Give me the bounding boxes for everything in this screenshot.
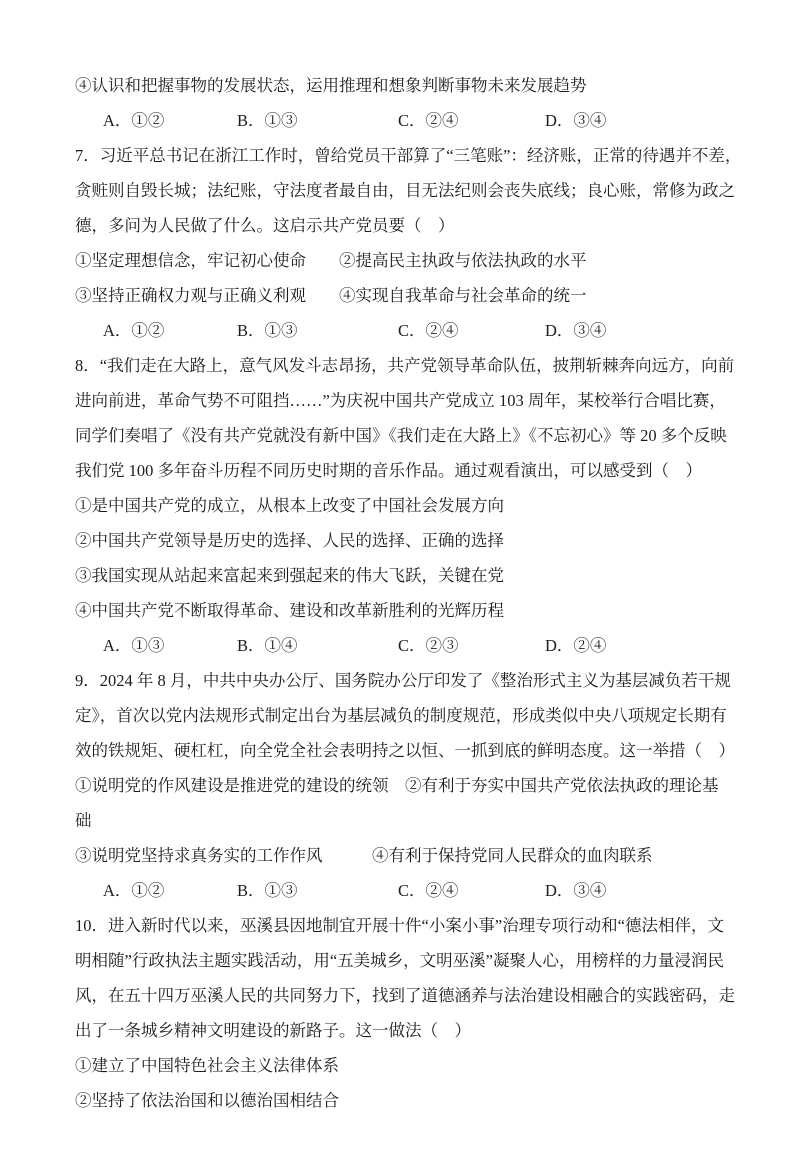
q9-items-line-2: 础 bbox=[75, 803, 742, 838]
q8-stem-line-3: 同学们奏唱了《没有共产党就没有新中国》《我们走在大路上》《不忘初心》等 20 多… bbox=[75, 418, 742, 453]
q6-answer-a: A．①② bbox=[103, 103, 164, 138]
q8-answer-d: D．②④ bbox=[545, 628, 606, 663]
q10-items-line-1: ①建立了中国特色社会主义法律体系 bbox=[75, 1048, 742, 1083]
q9-answer-a: A．①② bbox=[103, 873, 164, 908]
exam-paper-page: ④认识和把握事物的发展状态，运用推理和想象判断事物未来发展趋势 A．①② B．①… bbox=[0, 0, 800, 1172]
q6-answer-d: D．③④ bbox=[545, 103, 606, 138]
q6-answer-b: B．①③ bbox=[237, 103, 298, 138]
q8-answer-b: B．①④ bbox=[237, 628, 298, 663]
q9-items-line-3: ③说明党坚持求真务实的工作作风 ④有利于保持党同人民群众的血肉联系 bbox=[75, 838, 742, 873]
q7-items-line-2: ③坚持正确权力观与正确义利观 ④实现自我革命与社会革命的统一 bbox=[75, 278, 742, 313]
q8-items-line-4: ④中国共产党不断取得革命、建设和改革新胜利的光辉历程 bbox=[75, 593, 742, 628]
q6-answer-row: A．①② B．①③ C．②④ D．③④ bbox=[75, 103, 742, 138]
q7-answer-a: A．①② bbox=[103, 313, 164, 348]
q7-answer-c: C．②④ bbox=[398, 313, 459, 348]
q9-stem-line-1: 9．2024 年 8 月，中共中央办公厅、国务院办公厅印发了《整治形式主义为基层… bbox=[75, 663, 742, 698]
q10-stem-line-4: 出了一条城乡精神文明建设的新路子。这一做法（ ） bbox=[75, 1013, 742, 1048]
q8-stem-line-4: 我们党 100 多年奋斗历程不同历史时期的音乐作品。通过观看演出，可以感受到（ … bbox=[75, 453, 742, 488]
q9-items-line-1: ①说明党的作风建设是推进党的建设的统领 ②有利于夯实中国共产党依法执政的理论基 bbox=[75, 768, 742, 803]
q9-answer-row: A．①② B．①③ C．②④ D．③④ bbox=[75, 873, 742, 908]
q9-answer-c: C．②④ bbox=[398, 873, 459, 908]
q9-answer-d: D．③④ bbox=[545, 873, 606, 908]
q8-answer-row: A．①③ B．①④ C．②③ D．②④ bbox=[75, 628, 742, 663]
q7-stem-line-2: 贪赃则自毁长城；法纪账，守法度者最自由，目无法纪则会丧失底线；良心账，常修为政之 bbox=[75, 173, 742, 208]
q8-answer-a: A．①③ bbox=[103, 628, 164, 663]
q8-answer-c: C．②③ bbox=[398, 628, 459, 663]
q10-stem-line-3: 风，在五十四万巫溪人民的共同努力下，找到了道德涵养与法治建设相融合的实践密码，走 bbox=[75, 978, 742, 1013]
q8-stem-line-1: 8．“我们走在大路上，意气风发斗志昂扬，共产党领导革命队伍，披荆斩棘奔向远方，向… bbox=[75, 348, 742, 383]
q10-items-line-2: ②坚持了依法治国和以德治国相结合 bbox=[75, 1083, 742, 1118]
q9-stem-line-2: 定》，首次以党内法规形式制定出台为基层减负的制度规范，形成类似中央八项规定长期有 bbox=[75, 698, 742, 733]
q7-answer-d: D．③④ bbox=[545, 313, 606, 348]
q6-item-4: ④认识和把握事物的发展状态，运用推理和想象判断事物未来发展趋势 bbox=[75, 68, 742, 103]
q9-answer-b: B．①③ bbox=[237, 873, 298, 908]
q7-items-line-1: ①坚定理想信念，牢记初心使命 ②提高民主执政与依法执政的水平 bbox=[75, 243, 742, 278]
q7-stem-line-3: 德，多问为人民做了什么。这启示共产党员要（ ） bbox=[75, 208, 742, 243]
q8-items-line-1: ①是中国共产党的成立，从根本上改变了中国社会发展方向 bbox=[75, 488, 742, 523]
q10-stem-line-1: 10．进入新时代以来，巫溪县因地制宜开展十件“小案小事”治理专项行动和“德法相伴… bbox=[75, 908, 742, 943]
q8-items-line-2: ②中国共产党领导是历史的选择、人民的选择、正确的选择 bbox=[75, 523, 742, 558]
q8-items-line-3: ③我国实现从站起来富起来到强起来的伟大飞跃，关键在党 bbox=[75, 558, 742, 593]
q7-stem-line-1: 7．习近平总书记在浙江工作时，曾给党员干部算了“三笔账”：经济账，正常的待遇并不… bbox=[75, 138, 742, 173]
q7-answer-b: B．①③ bbox=[237, 313, 298, 348]
q8-stem-line-2: 进向前进，革命气势不可阻挡……”为庆祝中国共产党成立 103 周年，某校举行合唱… bbox=[75, 383, 742, 418]
q6-answer-c: C．②④ bbox=[398, 103, 459, 138]
q10-stem-line-2: 明相随”行政执法主题实践活动，用“五美城乡，文明巫溪”凝聚人心，用榜样的力量浸润… bbox=[75, 943, 742, 978]
q9-stem-line-3: 效的铁规矩、硬杠杠，向全党全社会表明持之以恒、一抓到底的鲜明态度。这一举措（ ） bbox=[75, 733, 742, 768]
q7-answer-row: A．①② B．①③ C．②④ D．③④ bbox=[75, 313, 742, 348]
